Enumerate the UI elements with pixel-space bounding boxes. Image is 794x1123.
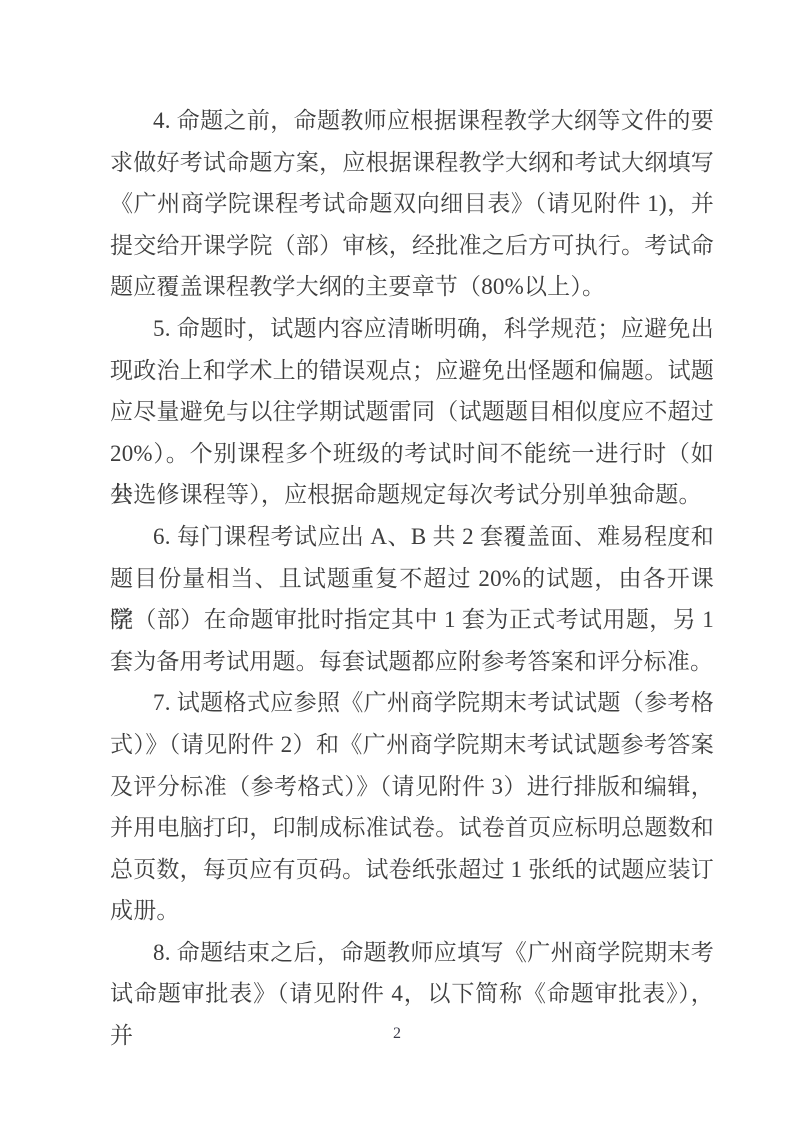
paragraph-item-6: 6. 每门课程考试应出 A、B 共 2 套覆盖面、难易程度和 题目份量相当、且试…: [110, 516, 714, 682]
text-line: 《广州商学院课程考试命题双向细目表》（请见附件 1)，并: [110, 183, 714, 225]
text-line: 共选修课程等），应根据命题规定每次考试分别单独命题。: [110, 474, 714, 516]
text-line: 及评分标准（参考格式）》（请见附件 3）进行排版和编辑，: [110, 766, 714, 808]
document-body: 4. 命题之前，命题教师应根据课程教学大纲等文件的要 求做好考试命题方案，应根据…: [110, 100, 714, 1015]
text-line: 题目份量相当、且试题重复不超过 20%的试题，由各开课学: [110, 558, 714, 600]
text-line: 提交给开课学院（部）审核，经批准之后方可执行。考试命: [110, 225, 714, 267]
paragraph-item-5: 5. 命题时，试题内容应清晰明确，科学规范；应避免出 现政治上和学术上的错误观点…: [110, 308, 714, 516]
text-line: 5. 命题时，试题内容应清晰明确，科学规范；应避免出: [110, 308, 714, 350]
text-line: 求做好考试命题方案，应根据课程教学大纲和考试大纲填写: [110, 142, 714, 184]
paragraph-item-4: 4. 命题之前，命题教师应根据课程教学大纲等文件的要 求做好考试命题方案，应根据…: [110, 100, 714, 308]
text-line: 试命题审批表》（请见附件 4，以下简称《命题审批表》），并: [110, 973, 714, 1015]
text-line: 并用电脑打印，印制成标准试卷。试卷首页应标明总题数和: [110, 807, 714, 849]
text-line: 成册。: [110, 890, 714, 932]
text-line: 院（部）在命题审批时指定其中 1 套为正式考试用题，另 1: [110, 599, 714, 641]
text-line: 总页数，每页应有页码。试卷纸张超过 1 张纸的试题应装订: [110, 849, 714, 891]
text-line: 20%）。个别课程多个班级的考试时间不能统一进行时（如公: [110, 433, 714, 475]
text-line: 现政治上和学术上的错误观点；应避免出怪题和偏题。试题: [110, 350, 714, 392]
paragraph-item-8: 8. 命题结束之后，命题教师应填写《广州商学院期末考 试命题审批表》（请见附件 …: [110, 932, 714, 1015]
text-line: 4. 命题之前，命题教师应根据课程教学大纲等文件的要: [110, 100, 714, 142]
text-line: 7. 试题格式应参照《广州商学院期末考试试题（参考格: [110, 682, 714, 724]
document-page: 4. 命题之前，命题教师应根据课程教学大纲等文件的要 求做好考试命题方案，应根据…: [0, 0, 794, 1123]
paragraph-item-7: 7. 试题格式应参照《广州商学院期末考试试题（参考格 式）》（请见附件 2）和《…: [110, 682, 714, 932]
text-line: 应尽量避免与以往学期试题雷同（试题题目相似度应不超过: [110, 391, 714, 433]
text-line: 式）》（请见附件 2）和《广州商学院期末考试试题参考答案: [110, 724, 714, 766]
text-line: 6. 每门课程考试应出 A、B 共 2 套覆盖面、难易程度和: [110, 516, 714, 558]
text-line: 套为备用考试用题。每套试题都应附参考答案和评分标准。: [110, 641, 714, 683]
text-line: 8. 命题结束之后，命题教师应填写《广州商学院期末考: [110, 932, 714, 974]
page-number: 2: [0, 1024, 794, 1044]
text-line: 题应覆盖课程教学大纲的主要章节（80%以上）。: [110, 266, 714, 308]
